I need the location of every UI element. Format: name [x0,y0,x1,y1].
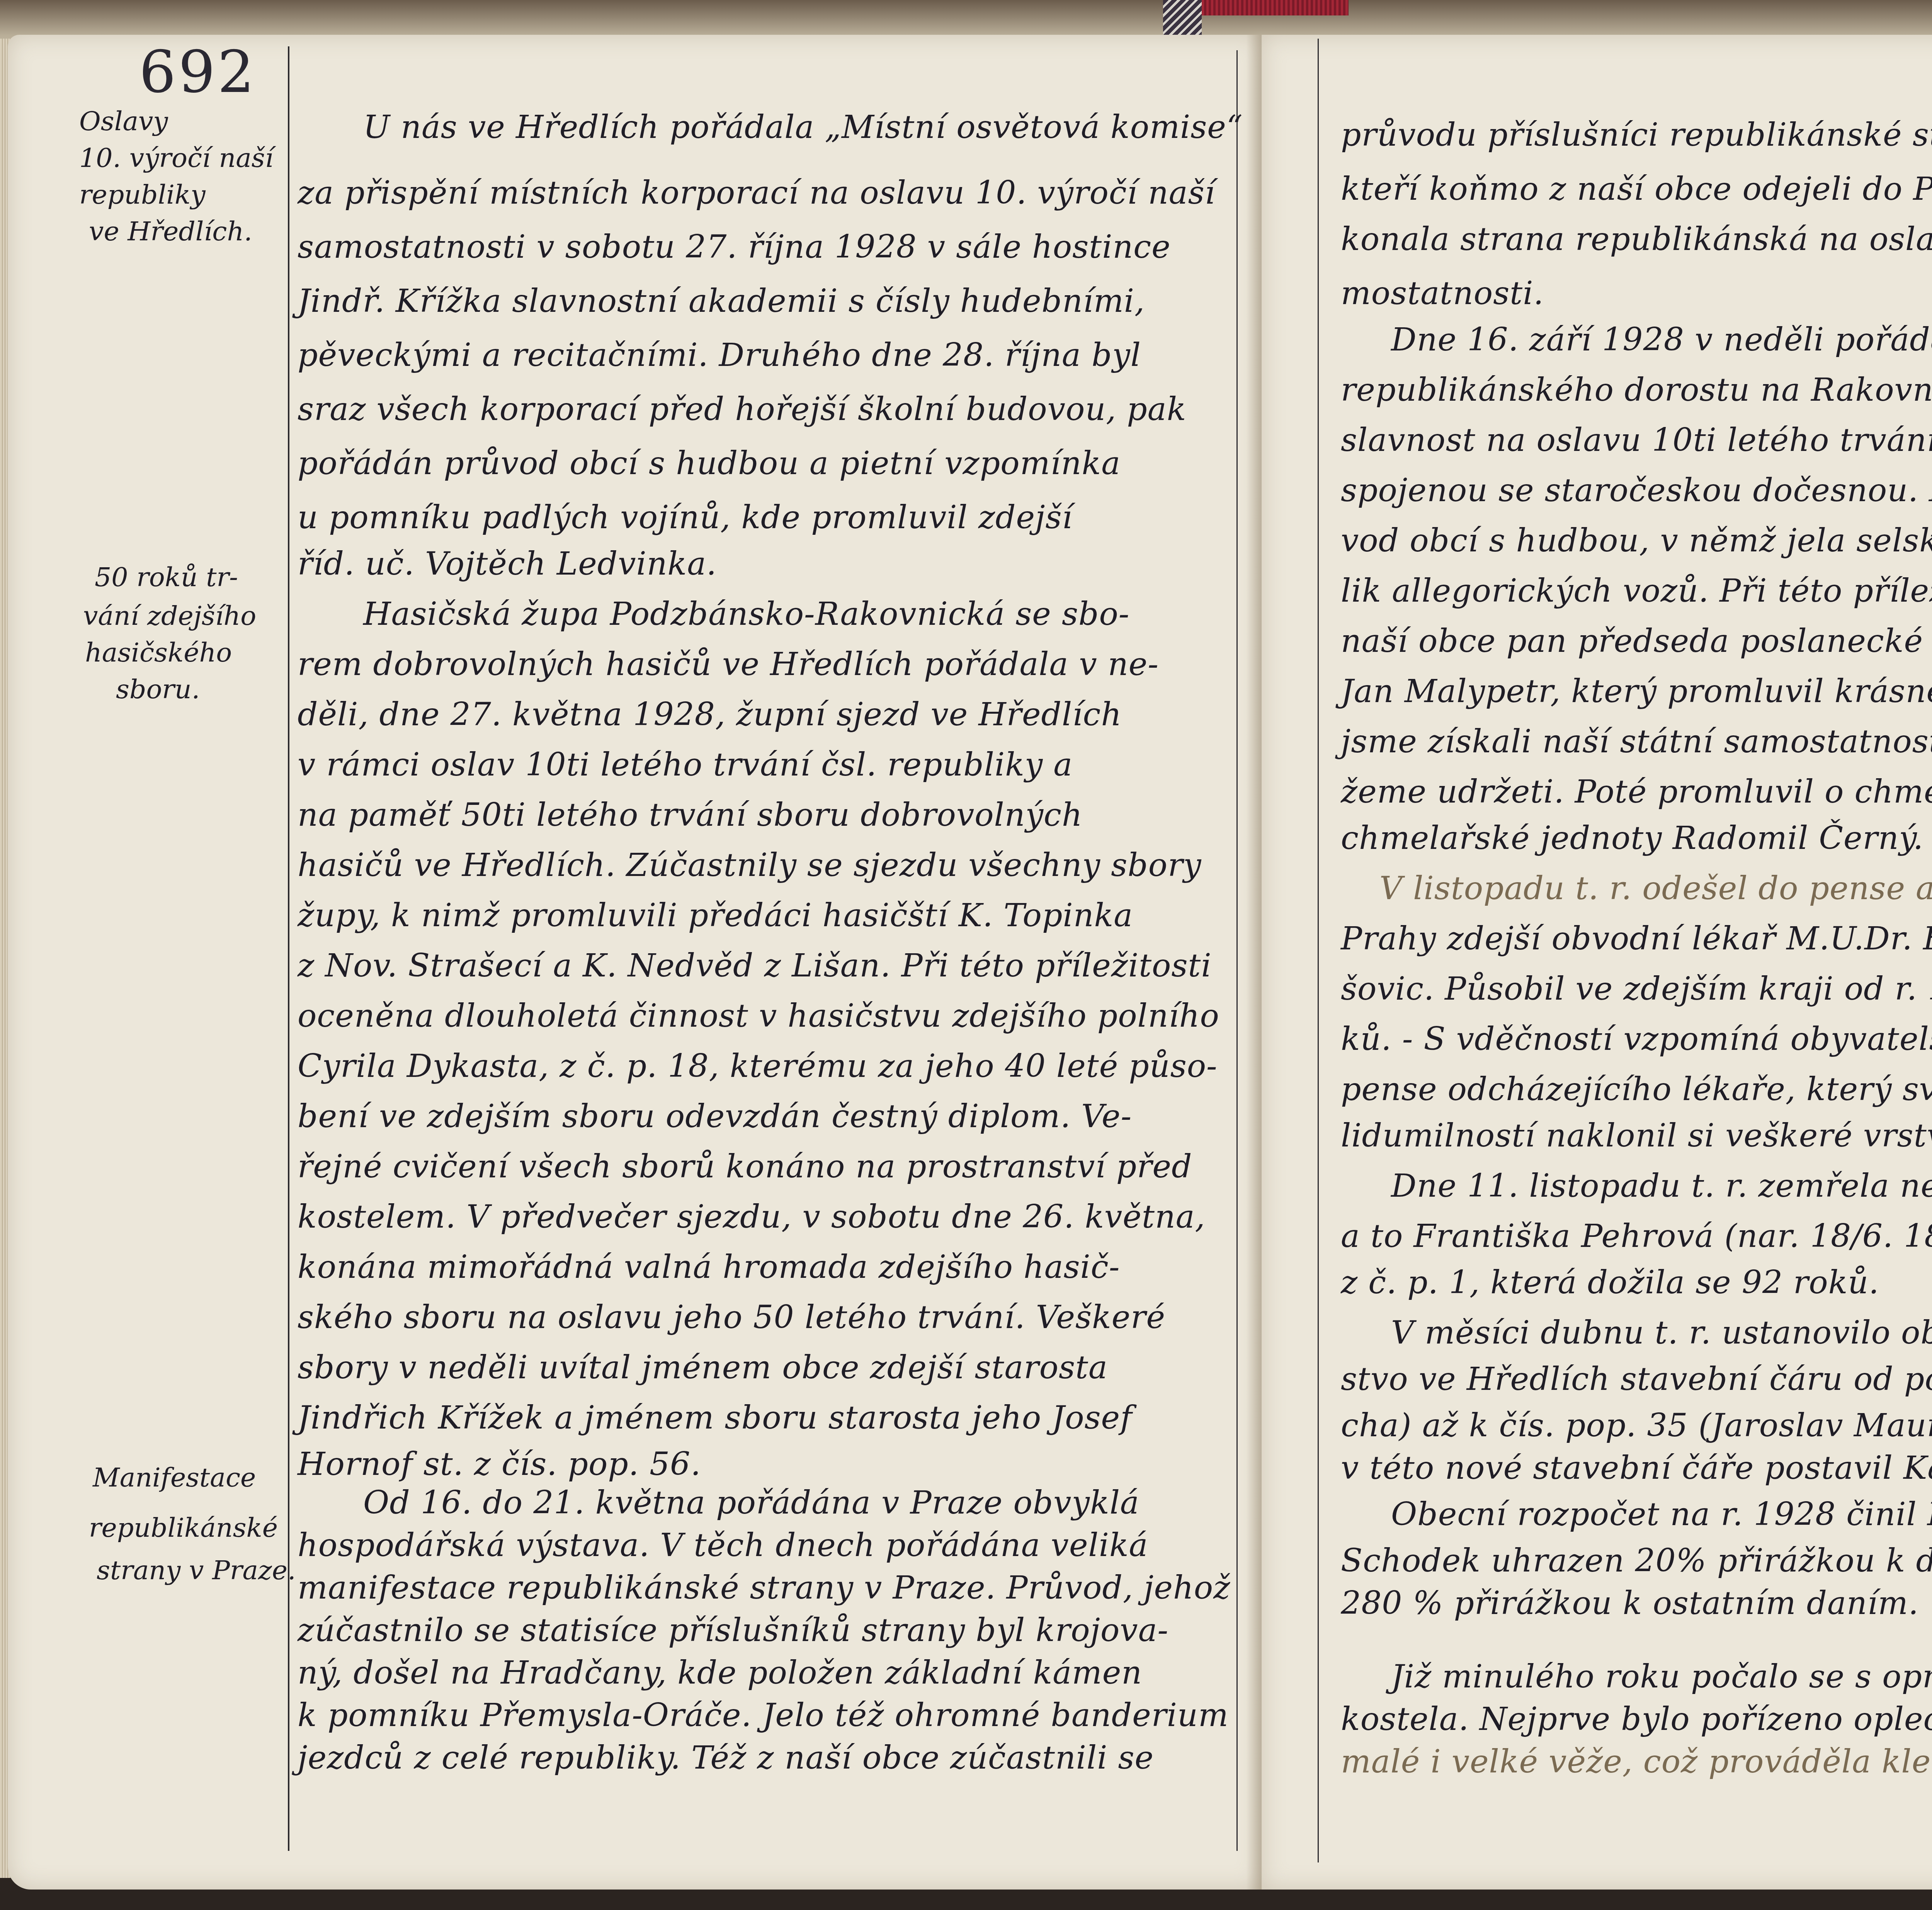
text-line: U nás ve Hředlích pořádala „Místní osvět… [298,97,1306,158]
text-line: samostatnosti v sobotu 27. října 1928 v … [298,216,1240,278]
text-line: malé i velké věže, což prováděla klempíř… [1341,1731,1932,1793]
text-line: Jindř. Křížka slavnostní akademii s čísl… [298,270,1240,332]
text-line: pořádán průvod obcí s hudbou a pietní vz… [298,433,1240,495]
right-inner-rule [1318,39,1319,1862]
open-chronicle-book: 692 Oslavy 10. výročí naší republiky ve … [0,0,1932,1910]
text-line: průvodu příslušníci republikánské strany… [1341,104,1932,166]
page-number-left: 692 [139,39,257,106]
text-line: sraz všech korporací před hořejší školní… [298,379,1240,441]
text-line: jezdců z celé republiky. Též z naší obce… [298,1727,1240,1789]
headband [1179,0,1349,15]
text-line: pěveckými a recitačními. Druhého dne 28.… [298,325,1240,386]
text-line: za přispění místních korporací na oslavu… [298,162,1240,224]
text-line: konala strana republikánská na oslavu 10… [1341,209,1932,270]
text-line: 280 % přirážkou k ostatním daním. [1341,1573,1932,1634]
